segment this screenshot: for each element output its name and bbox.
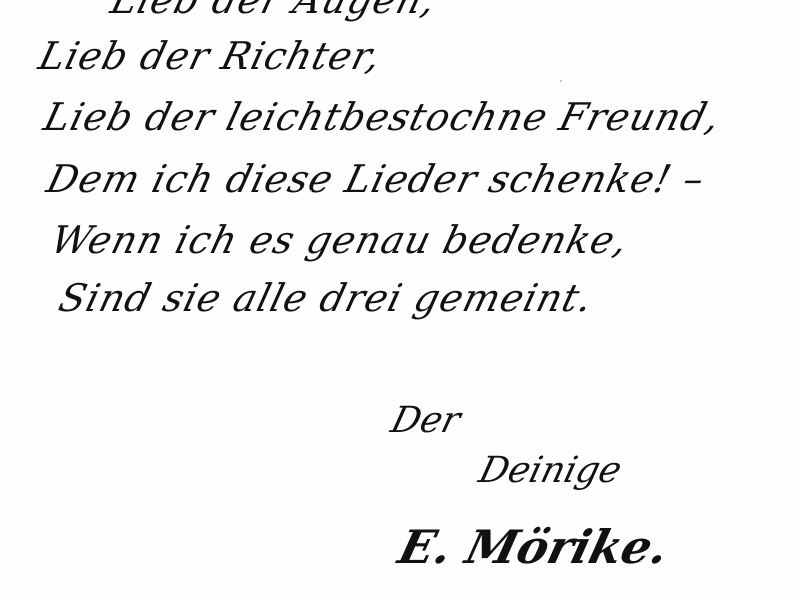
poem-line-2: Lieb der Richter, bbox=[35, 34, 387, 78]
closing-der: Der bbox=[387, 400, 465, 441]
poem-line-4: Dem ich diese Lieder schenke! – bbox=[43, 157, 710, 201]
paper-speck bbox=[310, 190, 312, 192]
poem-line-5: Wenn ich es genau bedenke, bbox=[47, 218, 634, 262]
poem-line-3: Lieb der leichtbestochne Freund, bbox=[40, 95, 726, 139]
paper-speck bbox=[560, 80, 562, 82]
manuscript-page: Lieb der Augen, Lieb der Richter, Lieb d… bbox=[0, 0, 800, 600]
paper-speck bbox=[640, 560, 642, 562]
signature: E. Mörike. bbox=[393, 520, 674, 574]
closing-deinige: Deinige bbox=[475, 450, 626, 491]
poem-line-1: Lieb der Augen, bbox=[107, 0, 442, 22]
poem-line-6: Sind sie alle drei gemeint. bbox=[55, 276, 598, 320]
